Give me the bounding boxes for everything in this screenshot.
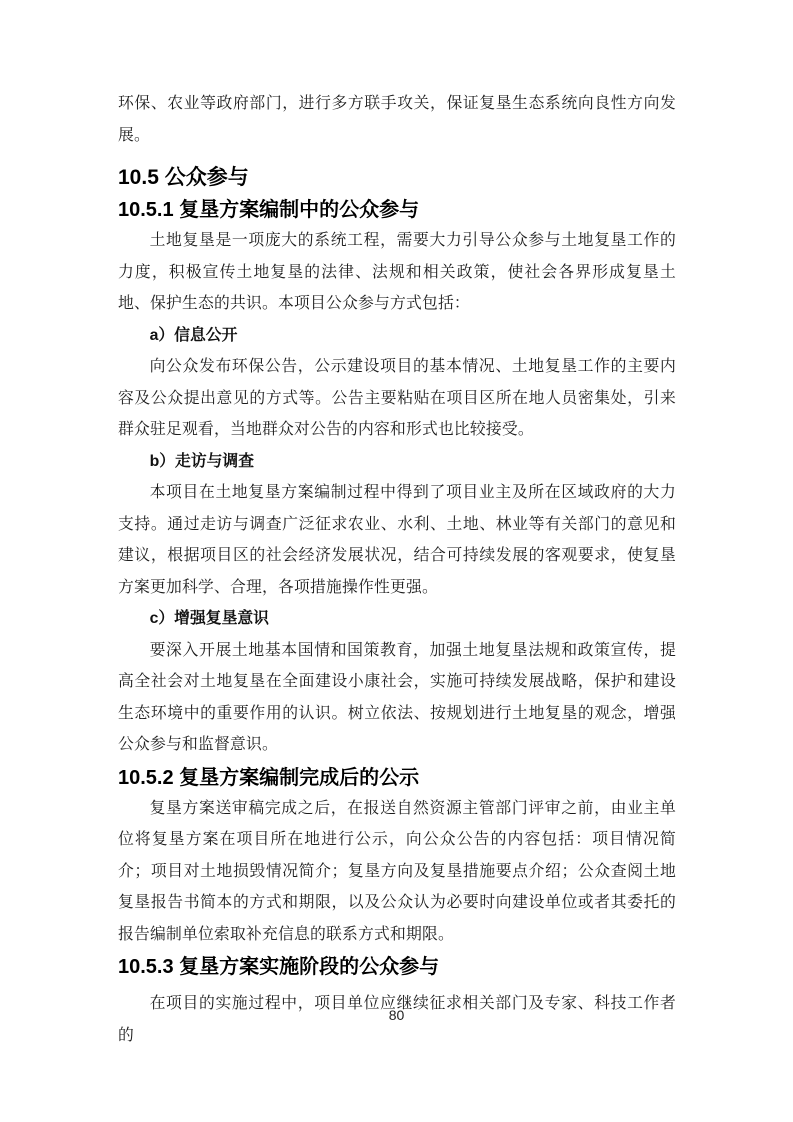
- section-heading-10-5: 10.5 公众参与: [118, 163, 676, 193]
- document-content: 环保、农业等政府部门，进行多方联手攻关，保证复垦生态系统向良性方向发展。 10.…: [0, 0, 793, 1051]
- page-number: 80: [0, 1005, 793, 1025]
- item-a-paragraph: 向公众发布环保公告，公示建设项目的基本情况、土地复垦工作的主要内容及公众提出意见…: [118, 351, 676, 446]
- subsection-heading-10-5-1: 10.5.1 复垦方案编制中的公众参与: [118, 195, 676, 225]
- item-b-label: b）走访与调查: [118, 446, 676, 478]
- item-a-label: a）信息公开: [118, 320, 676, 352]
- subsection-10-5-1-intro: 土地复垦是一项庞大的系统工程，需要大力引导公众参与土地复垦工作的力度，积极宣传土…: [118, 225, 676, 320]
- carryover-paragraph: 环保、农业等政府部门，进行多方联手攻关，保证复垦生态系统向良性方向发展。: [118, 88, 676, 151]
- subsection-heading-10-5-3: 10.5.3 复垦方案实施阶段的公众参与: [118, 952, 676, 982]
- subsection-10-5-2-paragraph: 复垦方案送审稿完成之后，在报送自然资源主管部门评审之前，由业主单位将复垦方案在项…: [118, 793, 676, 951]
- item-c-label: c）增强复垦意识: [118, 603, 676, 635]
- document-page: 环保、农业等政府部门，进行多方联手攻关，保证复垦生态系统向良性方向发展。 10.…: [0, 0, 793, 1122]
- subsection-heading-10-5-2: 10.5.2 复垦方案编制完成后的公示: [118, 763, 676, 793]
- item-c-paragraph: 要深入开展土地基本国情和国策教育，加强土地复垦法规和政策宣传，提高全社会对土地复…: [118, 635, 676, 761]
- item-b-paragraph: 本项目在土地复垦方案编制过程中得到了项目业主及所在区域政府的大力支持。通过走访与…: [118, 477, 676, 603]
